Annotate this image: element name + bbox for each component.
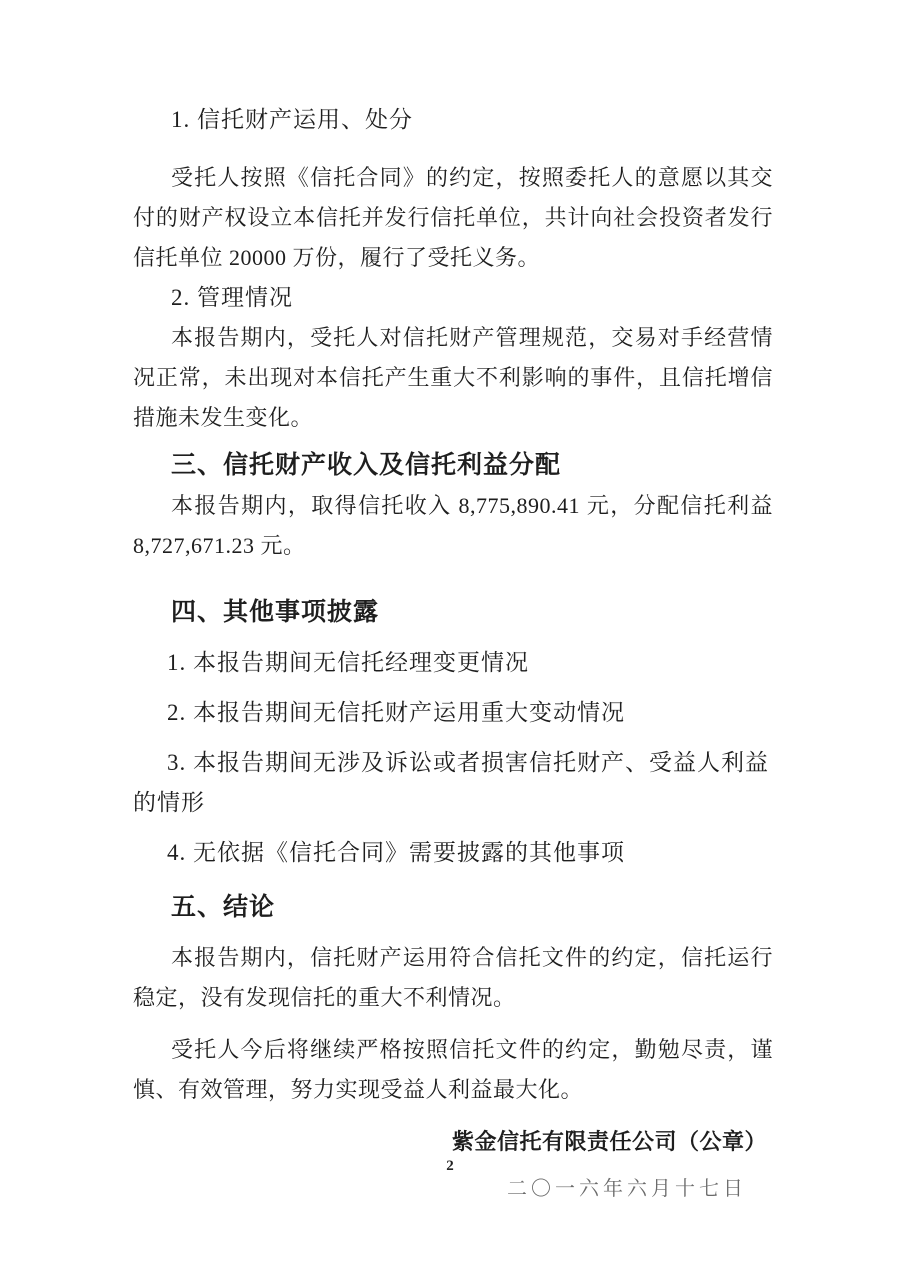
disclosure-item-4: 4. 无依据《信托合同》需要披露的其他事项 (133, 833, 773, 873)
signature-date-line: 二〇一六年六月十七日 (133, 1170, 773, 1208)
company-seal-line: 紫金信托有限责任公司（公章） (133, 1122, 773, 1162)
para-trust-income-figures: 本报告期内，取得信托收入 8,775,890.41 元，分配信托利益 8,727… (133, 486, 773, 566)
disclosure-item-1: 1. 本报告期间无信托经理变更情况 (133, 643, 773, 683)
disclosure-item-3: 3. 本报告期间无涉及诉讼或者损害信托财产、受益人利益的情形 (133, 743, 773, 823)
heading-section-3-trust-income-distribution: 三、信托财产收入及信托利益分配 (133, 446, 773, 486)
disclosure-item-2: 2. 本报告期间无信托财产运用重大变动情况 (133, 693, 773, 733)
para-trust-establishment: 受托人按照《信托合同》的约定，按照委托人的意愿以其交付的财产权设立本信托并发行信… (133, 158, 773, 278)
para-conclusion-compliance: 本报告期内，信托财产运用符合信托文件的约定，信托运行稳定，没有发现信托的重大不利… (133, 938, 773, 1018)
item-2-management-status: 2. 管理情况 (133, 278, 773, 318)
heading-section-4-other-disclosures: 四、其他事项披露 (133, 593, 773, 633)
heading-section-5-conclusion: 五、结论 (133, 888, 773, 928)
page-number: 2 (0, 1158, 900, 1175)
document-page: 1. 信托财产运用、处分 受托人按照《信托合同》的约定，按照委托人的意愿以其交付… (0, 0, 900, 1272)
para-management-status: 本报告期内，受托人对信托财产管理规范，交易对手经营情况正常，未出现对本信托产生重… (133, 318, 773, 438)
document-content: 1. 信托财产运用、处分 受托人按照《信托合同》的约定，按照委托人的意愿以其交付… (133, 100, 773, 1208)
para-conclusion-commitment: 受托人今后将继续严格按照信托文件的约定，勤勉尽责，谨慎、有效管理，努力实现受益人… (133, 1030, 773, 1110)
item-1-trust-property-use-disposal: 1. 信托财产运用、处分 (133, 100, 773, 140)
